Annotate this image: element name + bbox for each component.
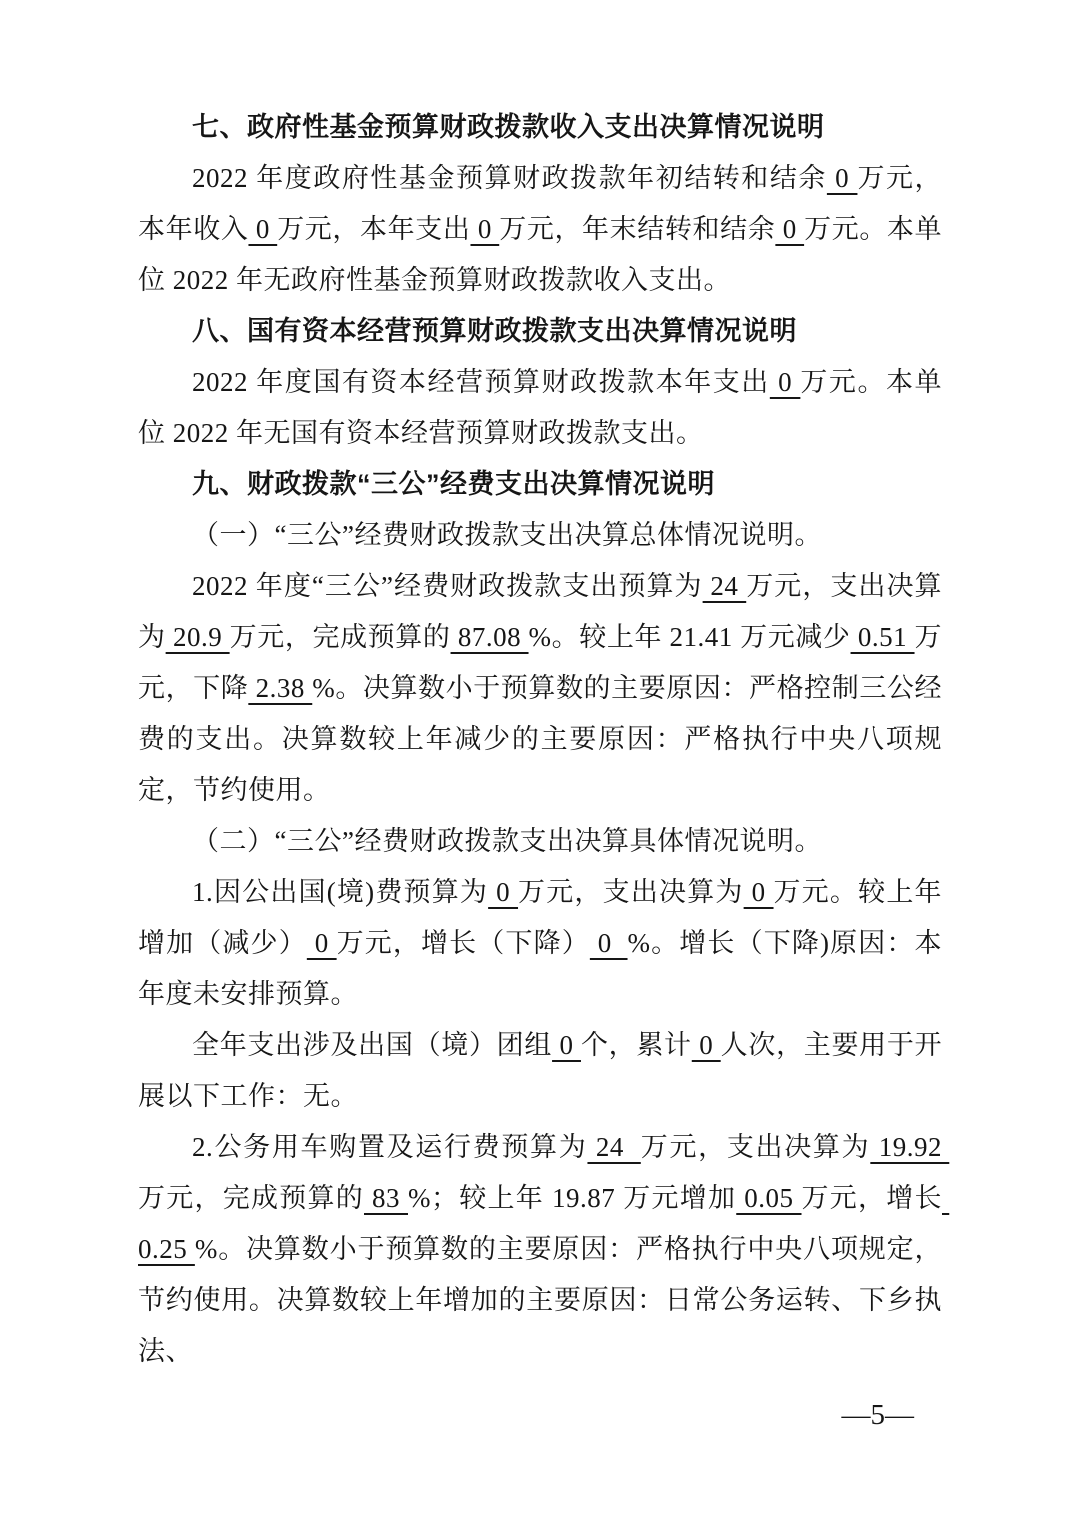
paragraph-three-public-overall: 2022 年度“三公”经费财政拨款支出预算为 24 万元，支出决算为 20.9 … xyxy=(138,561,942,816)
text-run: 全年支出涉及出国（境）团组 xyxy=(192,1030,552,1060)
text-run: 个，累计 xyxy=(581,1030,692,1060)
paragraph-abroad-expenses: 1.因公出国(境)费预算为 0 万元，支出决算为 0 万元。较上年增加（减少） … xyxy=(138,867,942,1020)
underlined-value: 0 xyxy=(775,214,804,244)
text-run: （二）“三公”经费财政拨款支出决算具体情况说明。 xyxy=(192,826,822,856)
text-run: %；较上年 19.87 万元增加 xyxy=(408,1183,736,1213)
paragraph-abroad-groups: 全年支出涉及出国（境）团组 0 个，累计 0 人次，主要用于开展以下工作：无。 xyxy=(138,1020,942,1122)
heading-section-9: 九、财政拨款“三公”经费支出决算情况说明 xyxy=(138,459,942,510)
heading-section-8: 八、国有资本经营预算财政拨款支出决算情况说明 xyxy=(138,306,942,357)
underlined-value: 0 xyxy=(770,367,801,397)
text-run: 万元，年末结转和结余 xyxy=(499,214,775,244)
text-run: 万元，增长（下降） xyxy=(337,928,590,958)
text-run: 2022 年度“三公”经费财政拨款支出预算为 xyxy=(192,571,703,601)
paragraph-state-capital-budget: 2022 年度国有资本经营预算财政拨款本年支出 0 万元。本单位 2022 年无… xyxy=(138,357,942,459)
heading-section-7: 七、政府性基金预算财政拨款收入支出决算情况说明 xyxy=(138,102,942,153)
underlined-value: 0 xyxy=(692,1030,721,1060)
underlined-value: 0 xyxy=(470,214,499,244)
underlined-value: 0 xyxy=(827,163,858,193)
document-page: 七、政府性基金预算财政拨款收入支出决算情况说明2022 年度政府性基金预算财政拨… xyxy=(0,0,1074,1520)
text-run: 2.公务用车购置及运行费预算为 xyxy=(192,1132,587,1162)
underlined-value: 83 xyxy=(364,1183,408,1213)
subheading-overall-situation: （一）“三公”经费财政拨款支出决算总体情况说明。 xyxy=(138,510,942,561)
paragraph-official-vehicles: 2.公务用车购置及运行费预算为 24 万元，支出决算为 19.92 万元，完成预… xyxy=(138,1122,942,1377)
document-body: 七、政府性基金预算财政拨款收入支出决算情况说明2022 年度政府性基金预算财政拨… xyxy=(138,102,942,1377)
text-run: 万元，支出决算为 xyxy=(518,877,744,907)
text-run: （一）“三公”经费财政拨款支出决算总体情况说明。 xyxy=(192,520,822,550)
text-run: %。决算数小于预算数的主要原因：严格执行中央八项规定，节约使用。决算数较上年增加… xyxy=(138,1234,942,1366)
page-number: —5— xyxy=(138,1390,942,1441)
underlined-value: 24 xyxy=(703,571,747,601)
underlined-value: 0.51 xyxy=(851,622,915,652)
text-run: %。较上年 21.41 万元减少 xyxy=(529,622,851,652)
text-run: 七、政府性基金预算财政拨款收入支出决算情况说明 xyxy=(192,112,825,142)
text-run: 万元，完成预算的 xyxy=(138,1183,364,1213)
underlined-value: 87.08 xyxy=(451,622,529,652)
text-run: 万元，支出决算为 xyxy=(641,1132,871,1162)
text-run: 万元，增长 xyxy=(802,1183,943,1213)
text-run: 九、财政拨款“三公”经费支出决算情况说明 xyxy=(192,469,715,499)
subheading-specific-situation: （二）“三公”经费财政拨款支出决算具体情况说明。 xyxy=(138,816,942,867)
underlined-value: 24 xyxy=(587,1132,640,1162)
text-run: 万元，本年支出 xyxy=(277,214,470,244)
text-run: 万元，完成预算的 xyxy=(230,622,451,652)
underlined-value: 19.92 xyxy=(870,1132,949,1162)
text-run: 1.因公出国(境)费预算为 xyxy=(192,877,488,907)
underlined-value: 0 xyxy=(307,928,337,958)
underlined-value: 0 xyxy=(590,928,628,958)
underlined-value: 0 xyxy=(488,877,518,907)
underlined-value: 0 xyxy=(248,214,277,244)
underlined-value: 0.05 xyxy=(736,1183,801,1213)
underlined-value: 0 xyxy=(744,877,774,907)
text-run: 八、国有资本经营预算财政拨款支出决算情况说明 xyxy=(192,316,797,346)
text-run: 2022 年度国有资本经营预算财政拨款本年支出 xyxy=(192,367,770,397)
underlined-value: 20.9 xyxy=(166,622,230,652)
underlined-value: 0 xyxy=(552,1030,581,1060)
paragraph-gov-fund-budget: 2022 年度政府性基金预算财政拨款年初结转和结余 0 万元，本年收入 0 万元… xyxy=(138,153,942,306)
underlined-value: 2.38 xyxy=(248,673,312,703)
text-run: 2022 年度政府性基金预算财政拨款年初结转和结余 xyxy=(192,163,827,193)
